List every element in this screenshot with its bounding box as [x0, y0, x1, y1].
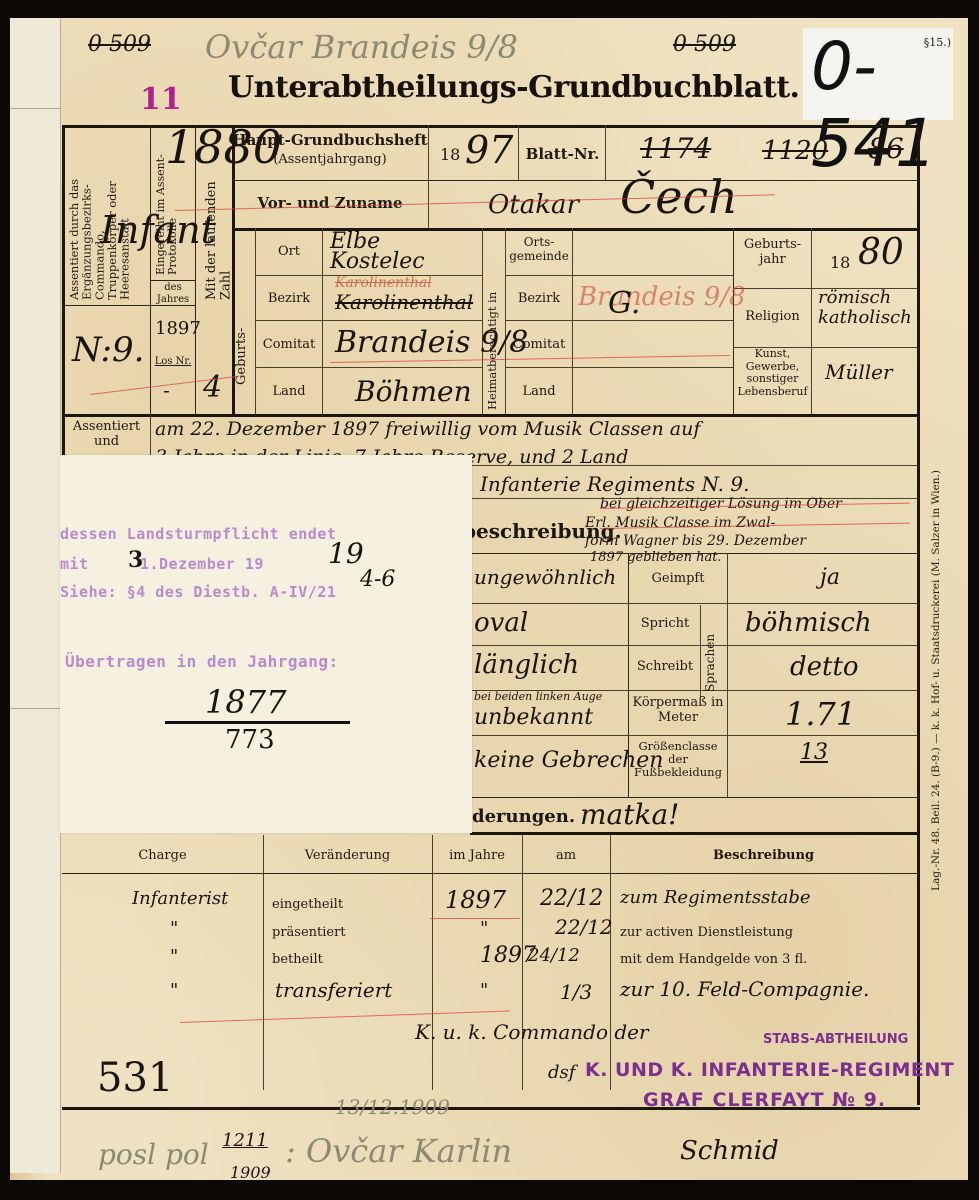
grid-line: [605, 125, 606, 180]
change-row-1-am: 22/12: [540, 886, 603, 911]
description-row-4-left: unbekannt: [474, 705, 593, 730]
geburtsjahr-label: Geburts-jahr: [734, 238, 811, 268]
heimat-mark: G.: [608, 286, 640, 321]
stamp-line-2: K. UND K. INFANTERIE-REGIMENT: [585, 1059, 954, 1081]
birth-bezirk-value: Karolinenthal: [335, 290, 473, 314]
margin-tick: [10, 708, 60, 709]
geimpft-value: ja: [820, 565, 840, 590]
grid-line: [232, 180, 917, 181]
form-number-label: 0-541 §15.): [803, 28, 953, 120]
grid-line: [917, 125, 920, 1105]
sprachen-label: Sprachen: [704, 612, 717, 692]
grid-line: [62, 873, 917, 874]
blatt-value-2-crossed: 1120: [762, 136, 828, 166]
slip-note: 4-6: [360, 567, 395, 592]
los-nr-label: Los Nr.: [151, 356, 195, 368]
grid-line: [505, 275, 733, 276]
side-imprint: Lag.-Nr. 48. Beil. 24. (B-9.) — k. k. Ho…: [930, 470, 942, 891]
crossed-number-right: 0 509: [673, 32, 736, 57]
change-row-4-beschreibung: zur 10. Feld-Compagnie.: [620, 977, 869, 1001]
change-row-3-charge: ": [170, 946, 178, 967]
scan-border: [10, 1180, 968, 1200]
description-row-1-left: ungewöhnlich: [474, 565, 616, 589]
description-row-4-small: bei beiden linken Auge: [474, 690, 602, 703]
column-charge: Charge: [62, 848, 263, 863]
blatt-value-crossed: 1174: [640, 132, 711, 165]
column-veraenderung: Veränderung: [263, 848, 432, 863]
grid-line: [263, 835, 264, 1090]
jahrgang-value: 1877: [205, 683, 286, 721]
grid-line: [572, 228, 573, 415]
grid-line: [322, 228, 323, 415]
spricht-value: böhmisch: [745, 608, 872, 638]
description-note-3: form Wagner bis 29. Dezember: [585, 533, 806, 549]
assentiert-label: Assentiert und: [63, 420, 150, 450]
eingereiht-label: Eingereiht im Assent-Protokolle: [155, 135, 179, 275]
grid-line: [470, 645, 917, 646]
grid-line: [62, 1107, 920, 1110]
birth-land-value: Böhmen: [355, 375, 472, 408]
haupt-year-value: 97: [465, 128, 513, 172]
groessenclasse-label: Größenclasse der Fußbekleidung: [629, 740, 727, 780]
change-row-1-jahr: 1897: [445, 886, 506, 914]
koerpermass-value: 1.71: [785, 695, 856, 733]
grid-line: [470, 735, 917, 736]
slip-line-2-text: 1.Dezember 19: [140, 555, 264, 573]
pencil-header-note: Ovčar Brandeis 9/8: [205, 28, 518, 66]
grid-line: [505, 367, 733, 368]
crossed-number-left: 0 509: [88, 32, 151, 57]
spricht-label: Spricht: [629, 617, 701, 632]
beruf-value: Müller: [825, 360, 893, 384]
veraenderungen-heading: derungen.: [472, 806, 575, 827]
description-row-3-left: länglich: [474, 650, 579, 680]
blatt-nr-label: Blatt-Nr.: [520, 146, 605, 163]
grid-line: [150, 414, 151, 459]
koerpermass-label: Körpermaß in Meter: [629, 696, 727, 726]
red-underline: [430, 918, 520, 919]
change-row-3-am: 24/12: [528, 945, 580, 966]
grid-line: [62, 125, 65, 455]
religion-label: Religion: [734, 310, 811, 325]
geburtsjahr-prefix: 18: [830, 253, 850, 272]
birth-comitat-value: Brandeis 9/8: [335, 325, 528, 360]
fraction-bar: [165, 721, 350, 724]
laufende-zahl-label: Mit der laufenden Zahl: [205, 150, 234, 300]
number-531: 531: [97, 1055, 173, 1101]
slip-line-3: Siehe: §4 des Diestb. A-IV/21: [60, 583, 336, 601]
grid-line: [811, 228, 812, 415]
column-beschreibung: Beschreibung: [610, 848, 917, 863]
assentiert-line-3: Infanterie Regiments N. 9.: [480, 472, 749, 496]
geburts-label: Geburts-: [235, 275, 249, 385]
schreibt-value: detto: [790, 652, 859, 682]
change-row-2-jahr: ": [480, 918, 488, 939]
pasted-slip: dessen Landsturmpflicht endet mit 3 1.De…: [60, 455, 472, 833]
change-row-3-beschreibung: mit dem Handgelde von 3 fl.: [620, 952, 807, 967]
change-row-2-beschreibung: zur activen Dienstleistung: [620, 925, 793, 940]
change-row-2-am: 22/12: [555, 915, 613, 939]
heimat-bezirk-value: Brandeis 9/8: [578, 282, 746, 312]
pencil-date: 13/12.1909: [335, 1095, 450, 1119]
grid-line: [470, 832, 917, 835]
column-am: am: [522, 848, 610, 863]
change-row-1-beschreibung: zum Regimentsstabe: [620, 887, 811, 908]
grid-line: [610, 835, 611, 1090]
slip-line-2-prefix: mit: [60, 555, 89, 573]
grid-line: [62, 305, 195, 306]
regiment-no9: N:9.: [72, 330, 144, 370]
grid-line: [727, 553, 728, 798]
left-margin-strip: [10, 18, 61, 1173]
first-name: Otakar: [488, 190, 579, 220]
heimat-land-label: Land: [506, 385, 572, 400]
grid-line: [150, 280, 195, 281]
stamp-line-1: STABS-ABTHEILUNG: [763, 1032, 908, 1047]
description-row-2-left: oval: [474, 608, 528, 638]
heimat-bezirk-label: Bezirk: [506, 292, 572, 307]
grid-line: [255, 367, 482, 368]
veraenderungen-note: matka!: [580, 798, 679, 831]
slip-line-4: Übertragen in den Jahrgang:: [65, 652, 339, 671]
beruf-label: Kunst, Gewerbe, sonstiger Lebensberuf: [734, 348, 811, 399]
document-title: Unterabtheilungs-Grundbuchblatt.: [228, 70, 800, 105]
haupt-grundbuchsheft-label: Haupt-Grundbuchsheft: [232, 132, 428, 149]
form-paragraph: §15.): [924, 36, 951, 49]
birth-land-label: Land: [256, 385, 322, 400]
signature: Schmid: [680, 1136, 779, 1166]
geimpft-label: Geimpft: [629, 572, 727, 587]
assentjahrgang-label: (Assentjahrgang): [232, 153, 428, 168]
religion-value: römisch katholisch: [818, 288, 913, 328]
change-row-4-am: 1/3: [560, 980, 592, 1004]
grid-line: [470, 603, 917, 604]
change-row-4-veraenderung: transferiert: [275, 978, 392, 1002]
des-jahres-label: des Jahres: [151, 282, 195, 305]
change-row-3-veraenderung: betheilt: [272, 952, 323, 967]
heimatberechtigt-label: Heimatberechtigt in: [486, 235, 499, 410]
haupt-year-prefix: 18: [440, 145, 460, 164]
column-im-jahre: im Jahre: [432, 848, 522, 863]
pencil-note: posl pol: [98, 1138, 209, 1171]
geburtsjahr-value: 80: [858, 232, 904, 273]
birth-bezirk-label: Bezirk: [256, 292, 322, 307]
birth-comitat-label: Comitat: [256, 338, 322, 353]
heimat-comitat-label: Comitat: [506, 338, 572, 353]
signature-mark: dsf: [548, 1062, 575, 1083]
change-row-1-charge: Infanterist: [132, 888, 228, 909]
purple-number: 11: [140, 82, 182, 117]
grid-line: [482, 228, 483, 415]
heimat-ortsgemeinde-label: Orts-gemeinde: [506, 236, 572, 264]
birth-ort-label: Ort: [256, 245, 322, 260]
schreibt-label: Schreibt: [629, 660, 701, 675]
birth-ort-value: Elbe Kostelec: [330, 232, 480, 272]
groessenclasse-value: 13: [800, 740, 828, 765]
blatt-value-3-crossed: 86: [868, 132, 904, 165]
grid-line: [150, 125, 151, 415]
pencil-place: : Ovčar Karlin: [285, 1132, 512, 1170]
change-row-2-veraenderung: präsentiert: [272, 925, 346, 940]
fraction-top: 1211: [222, 1130, 268, 1151]
jahrgang-sub: 773: [225, 725, 275, 755]
jahr-value: 1897: [155, 318, 201, 339]
change-row-1-veraenderung: eingetheilt: [272, 897, 343, 912]
grid-line: [255, 320, 482, 321]
margin-tick: [10, 108, 60, 109]
los-value: -: [163, 378, 170, 402]
grid-line: [470, 553, 917, 554]
grid-line: [428, 125, 429, 180]
grid-line: [518, 125, 519, 180]
slip-year: 19: [328, 537, 364, 570]
grid-line: [432, 835, 433, 1090]
change-row-4-jahr: ": [480, 980, 488, 1001]
slip-line-1: dessen Landsturmpflicht endet: [60, 525, 336, 543]
laufende-zahl-value: 4: [203, 370, 222, 405]
signature-line: K. u. k. Commando der: [415, 1020, 649, 1044]
birth-bezirk-crossed: Karolinenthal: [335, 275, 432, 291]
change-row-2-charge: ": [170, 918, 178, 939]
grid-line: [62, 414, 920, 417]
change-row-4-charge: ": [170, 980, 178, 1001]
assentiert-line-1: am 22. Dezember 1897 freiwillig vom Musi…: [155, 418, 700, 440]
grid-line: [470, 797, 917, 798]
